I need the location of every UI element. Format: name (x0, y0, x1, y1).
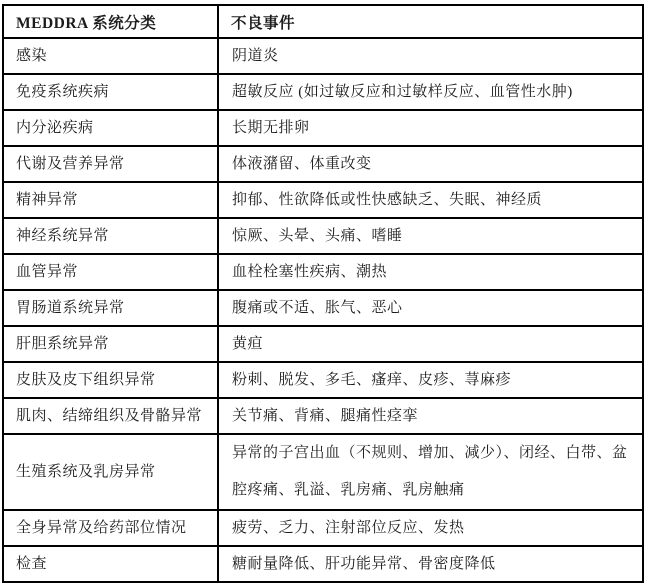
events-cell: 疲劳、乏力、注射部位反应、发热 (218, 510, 643, 546)
events-cell: 异常的子宫出血（不规则、增加、减少）、闭经、白带、盆 腔疼痛、乳溢、乳房痛、乳房… (218, 434, 643, 510)
events-cell: 抑郁、性欲降低或性快感缺乏、失眠、神经质 (218, 182, 643, 218)
events-cell: 血栓栓塞性疾病、潮热 (218, 254, 643, 290)
events-cell: 长期无排卵 (218, 110, 643, 146)
soc-cell: 胃肠道系统异常 (3, 290, 218, 326)
events-cell: 粉刺、脱发、多毛、瘙痒、皮疹、荨麻疹 (218, 362, 643, 398)
table-row: 皮肤及皮下组织异常 粉刺、脱发、多毛、瘙痒、皮疹、荨麻疹 (3, 362, 643, 398)
events-cell: 黄疸 (218, 326, 643, 362)
header-row: MEDDRA 系统分类 不良事件 (3, 5, 643, 38)
table-row: 检查 糖耐量降低、肝功能异常、骨密度降低 (3, 546, 643, 582)
table-row: 胃肠道系统异常 腹痛或不适、胀气、恶心 (3, 290, 643, 326)
soc-cell: 生殖系统及乳房异常 (3, 434, 218, 510)
events-cell: 阴道炎 (218, 38, 643, 74)
events-cell: 糖耐量降低、肝功能异常、骨密度降低 (218, 546, 643, 582)
column-header-adverse-events: 不良事件 (218, 5, 643, 38)
soc-cell: 皮肤及皮下组织异常 (3, 362, 218, 398)
table-row: 内分泌疾病 长期无排卵 (3, 110, 643, 146)
events-cell: 关节痛、背痛、腿痛性痉挛 (218, 398, 643, 434)
table-header: MEDDRA 系统分类 不良事件 (3, 5, 643, 38)
table-row: 肌肉、结缔组织及骨骼异常 关节痛、背痛、腿痛性痉挛 (3, 398, 643, 434)
soc-cell: 全身异常及给药部位情况 (3, 510, 218, 546)
soc-cell: 肌肉、结缔组织及骨骼异常 (3, 398, 218, 434)
soc-cell: 检查 (3, 546, 218, 582)
table-row: 免疫系统疾病 超敏反应 (如过敏反应和过敏样反应、血管性水肿) (3, 74, 643, 110)
table-body: 感染 阴道炎 免疫系统疾病 超敏反应 (如过敏反应和过敏样反应、血管性水肿) 内… (3, 38, 643, 582)
scanned-document-page: MEDDRA 系统分类 不良事件 感染 阴道炎 免疫系统疾病 超敏反应 (如过敏… (0, 0, 645, 587)
column-header-meddra-soc: MEDDRA 系统分类 (3, 5, 218, 38)
events-cell: 超敏反应 (如过敏反应和过敏样反应、血管性水肿) (218, 74, 643, 110)
events-cell: 惊厥、头晕、头痛、嗜睡 (218, 218, 643, 254)
table-row: 肝胆系统异常 黄疸 (3, 326, 643, 362)
soc-cell: 精神异常 (3, 182, 218, 218)
events-cell: 腹痛或不适、胀气、恶心 (218, 290, 643, 326)
table-row: 神经系统异常 惊厥、头晕、头痛、嗜睡 (3, 218, 643, 254)
soc-cell: 血管异常 (3, 254, 218, 290)
soc-cell: 免疫系统疾病 (3, 74, 218, 110)
table-row: 血管异常 血栓栓塞性疾病、潮热 (3, 254, 643, 290)
soc-cell: 内分泌疾病 (3, 110, 218, 146)
events-cell: 体液潴留、体重改变 (218, 146, 643, 182)
table-row: 精神异常 抑郁、性欲降低或性快感缺乏、失眠、神经质 (3, 182, 643, 218)
soc-cell: 代谢及营养异常 (3, 146, 218, 182)
adverse-events-table: MEDDRA 系统分类 不良事件 感染 阴道炎 免疫系统疾病 超敏反应 (如过敏… (2, 4, 644, 583)
soc-cell: 神经系统异常 (3, 218, 218, 254)
table-row: 生殖系统及乳房异常 异常的子宫出血（不规则、增加、减少）、闭经、白带、盆 腔疼痛… (3, 434, 643, 510)
table-row: 全身异常及给药部位情况 疲劳、乏力、注射部位反应、发热 (3, 510, 643, 546)
table-row: 代谢及营养异常 体液潴留、体重改变 (3, 146, 643, 182)
soc-cell: 感染 (3, 38, 218, 74)
table-row: 感染 阴道炎 (3, 38, 643, 74)
soc-cell: 肝胆系统异常 (3, 326, 218, 362)
